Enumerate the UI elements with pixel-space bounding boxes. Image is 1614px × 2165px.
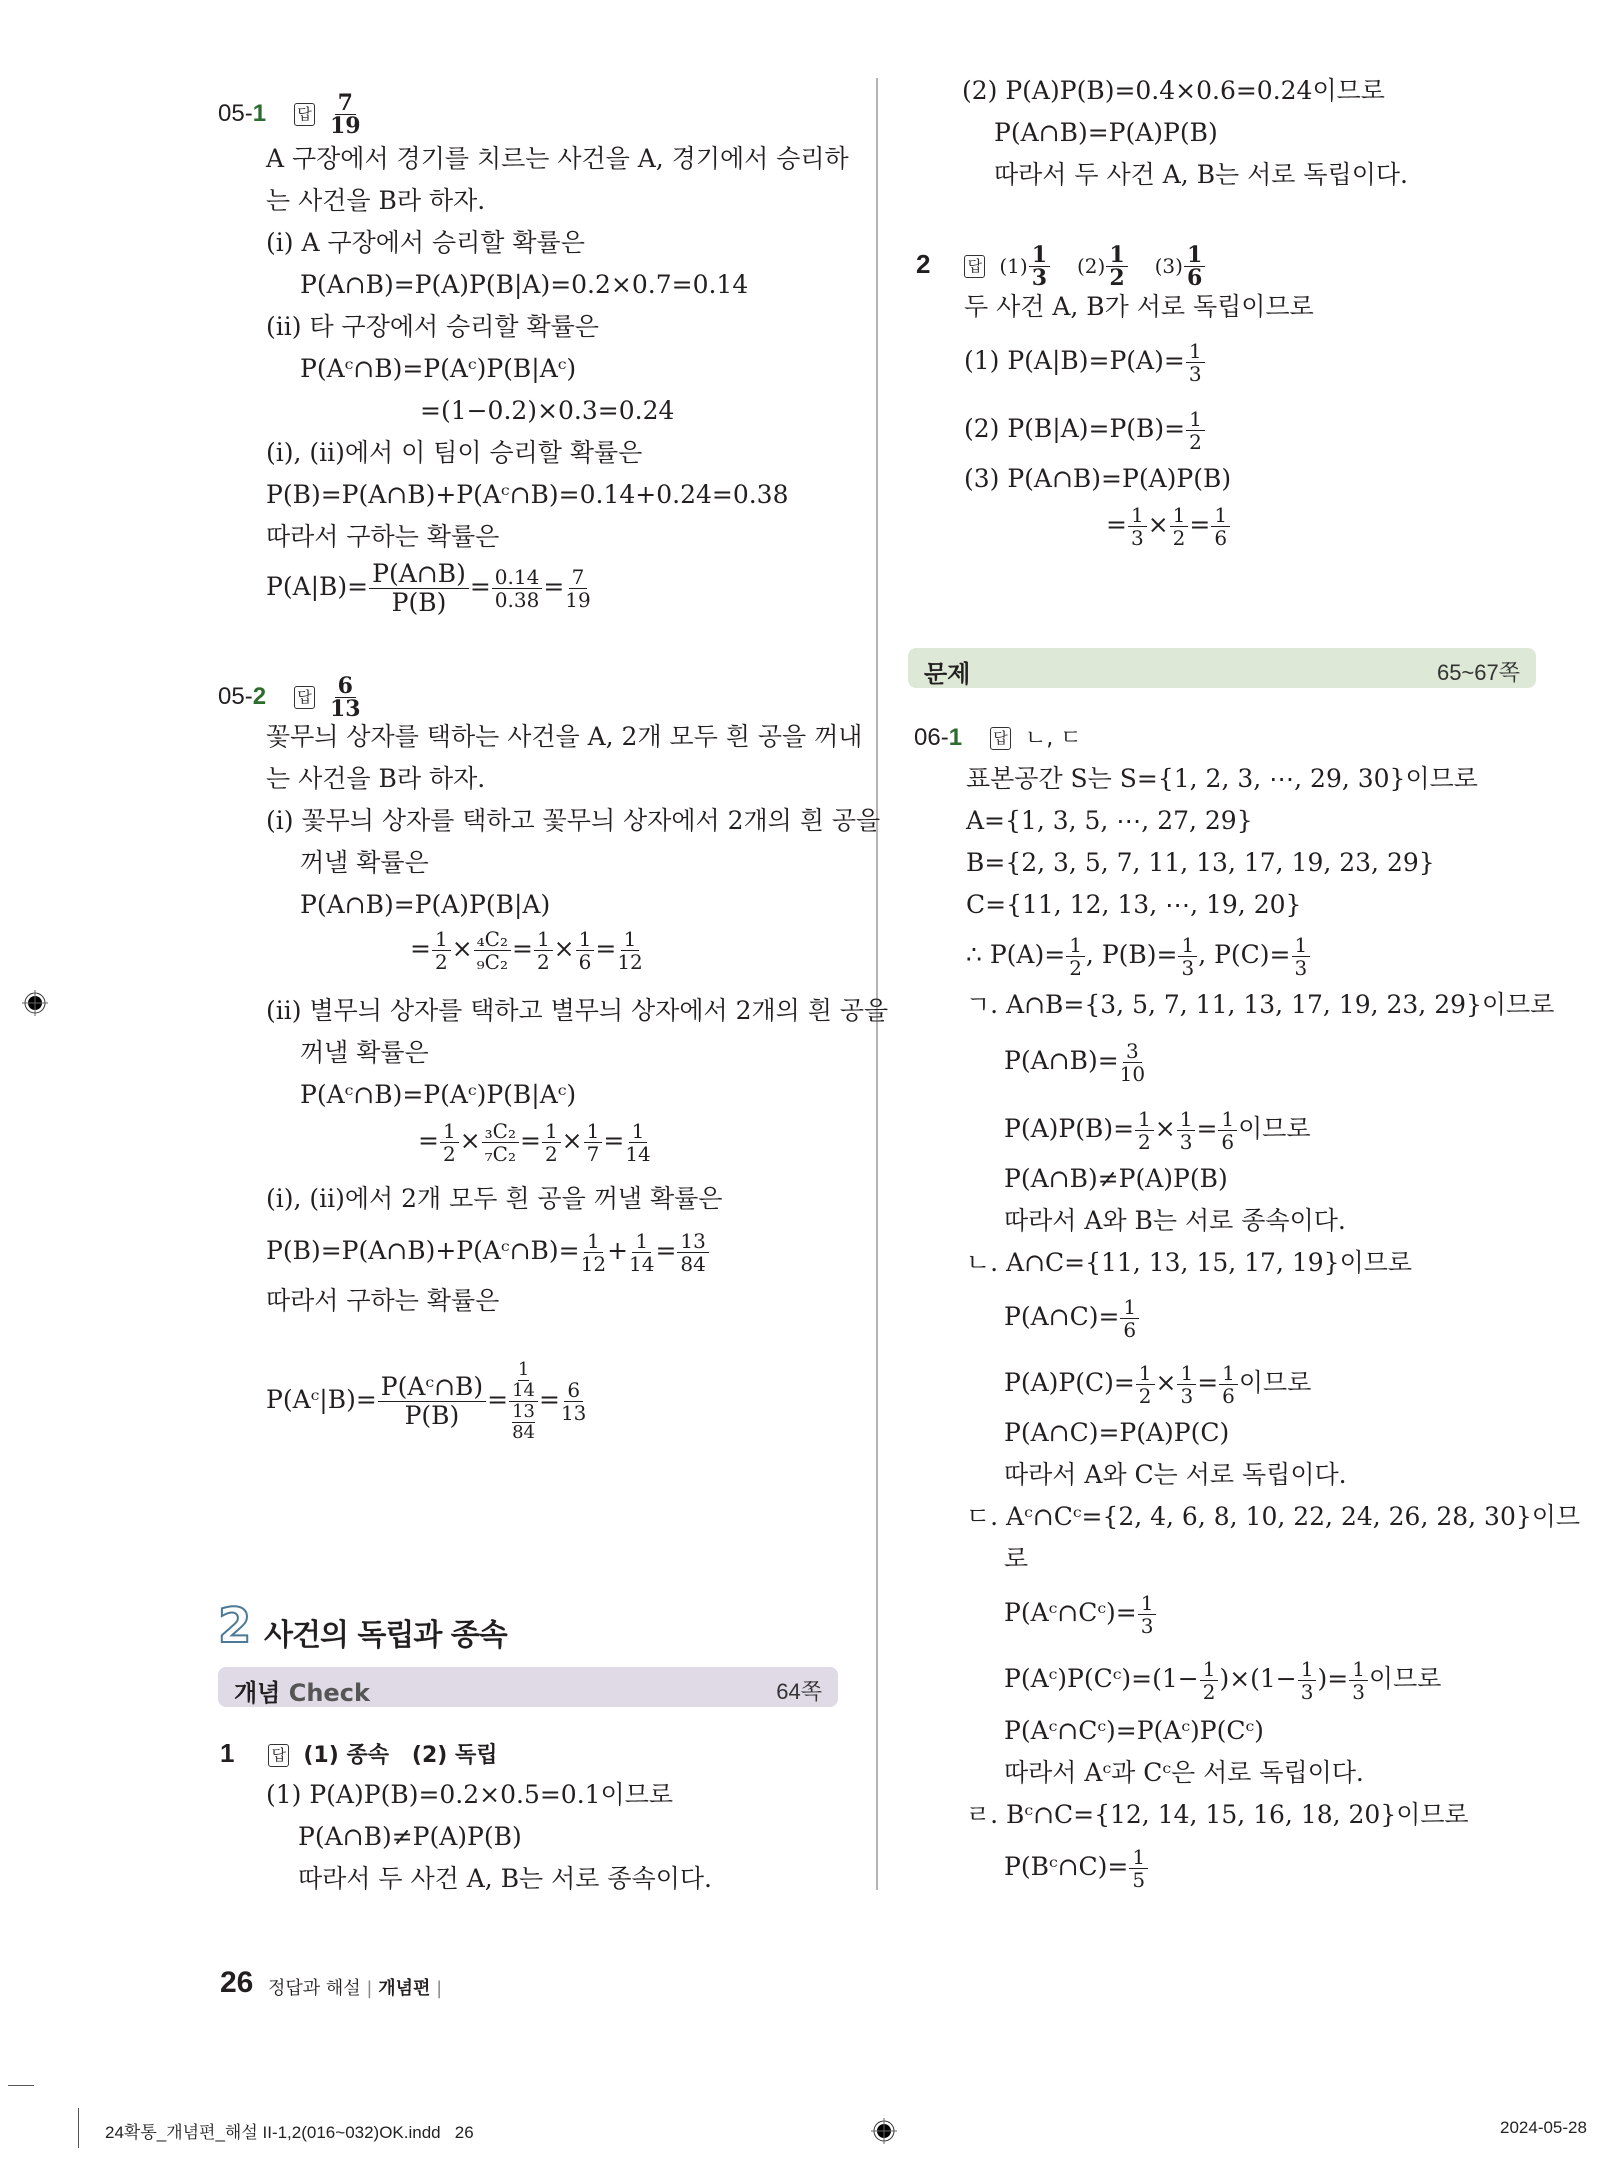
equation: P(Aᶜ∩B)=P(Aᶜ)P(B|Aᶜ) bbox=[300, 354, 576, 384]
problem-section-bar: 문제 65~67쪽 bbox=[908, 648, 1536, 688]
equation: P(Aᶜ∩B)=P(Aᶜ)P(B|Aᶜ) bbox=[300, 1080, 576, 1110]
equation: (3) P(A∩B)=P(A)P(B) bbox=[964, 464, 1231, 494]
page-reference: 65~67쪽 bbox=[1437, 656, 1520, 687]
equation: (2) P(A)P(B)=0.4×0.6=0.24이므로 bbox=[962, 76, 1385, 106]
text-line: 는 사건을 B라 하자. bbox=[266, 764, 485, 794]
equation: P(A∩B)=P(A)P(B) bbox=[994, 118, 1218, 148]
text-line: (ii) 타 구장에서 승리할 확률은 bbox=[266, 312, 599, 342]
equation: (1) P(A)P(B)=0.2×0.5=0.1이므로 bbox=[266, 1780, 673, 1810]
crop-mark bbox=[78, 2108, 79, 2148]
page-number: 26 bbox=[220, 1966, 253, 2000]
answer-fraction: 613 bbox=[330, 675, 361, 720]
equation: P(A∩B)≠P(A)P(B) bbox=[298, 1822, 522, 1852]
answer-badge-icon: 답 bbox=[294, 103, 315, 126]
option-n-head: ㄴ. A∩C={11, 13, 15, 17, 19}이므로 bbox=[966, 1248, 1412, 1278]
equation: P(A)P(C)=12×13=16이므로 bbox=[1004, 1362, 1311, 1407]
equation: (1) P(A|B)=P(A)=13 bbox=[964, 340, 1206, 385]
text-line: (i), (ii)에서 이 팀이 승리할 확률은 bbox=[266, 438, 642, 468]
text-line: (i) 꽃무늬 상자를 택하고 꽃무늬 상자에서 2개의 흰 공을 bbox=[266, 806, 880, 836]
section-title: 사건의 독립과 종속 bbox=[264, 1610, 507, 1654]
option-r-head: ㄹ. Bᶜ∩C={12, 14, 15, 16, 18, 20}이므로 bbox=[966, 1800, 1469, 1830]
problem-06-1-header: 06-1 답 ㄴ, ㄷ bbox=[914, 722, 1081, 754]
crop-mark bbox=[8, 2085, 34, 2086]
answer-badge-icon: 답 bbox=[294, 686, 315, 709]
answer-badge-icon: 답 bbox=[268, 1744, 289, 1767]
text-line: 꺼낼 확률은 bbox=[300, 1038, 429, 1068]
slug-filename: 24확통_개념편_해설 II-1,2(016~032)OK.indd 26 bbox=[105, 2118, 474, 2143]
equation: P(A∩C)=P(A)P(C) bbox=[1004, 1418, 1229, 1448]
text-line: 꺼낼 확률은 bbox=[300, 848, 429, 878]
problem-label: 05-2 bbox=[218, 683, 266, 710]
text-line: 는 사건을 B라 하자. bbox=[266, 186, 485, 216]
registration-mark-icon bbox=[22, 990, 48, 1016]
text-line: A 구장에서 경기를 치르는 사건을 A, 경기에서 승리하 bbox=[266, 144, 849, 174]
concept-check-bar: 개념 Check 64쪽 bbox=[218, 1667, 838, 1707]
footer-title: 정답과 해설 | 개념편 | bbox=[268, 1974, 442, 2000]
slug-date: 2024-05-28 bbox=[1500, 2118, 1587, 2138]
problem-label: 06-1 bbox=[914, 724, 962, 751]
text-line: (i), (ii)에서 2개 모두 흰 공을 꺼낼 확률은 bbox=[266, 1184, 722, 1214]
problem-section-title: 문제 bbox=[924, 654, 970, 689]
option-d-head: ㄷ. Aᶜ∩Cᶜ={2, 4, 6, 8, 10, 22, 24, 26, 28… bbox=[966, 1502, 1580, 1532]
page-reference: 64쪽 bbox=[776, 1675, 822, 1706]
equation: P(A)P(B)=12×13=16이므로 bbox=[1004, 1108, 1311, 1153]
answer-badge-icon: 답 bbox=[964, 255, 985, 278]
text-line: 표본공간 S는 S={1, 2, 3, ⋯, 29, 30}이므로 bbox=[966, 764, 1478, 794]
equation: (2) P(B|A)=P(B)=12 bbox=[964, 408, 1206, 453]
equation: P(A∩B)=P(A)P(B|A)=0.2×0.7=0.14 bbox=[300, 270, 748, 300]
problem-2-header: 2 답 (1)13 (2)12 (3)16 bbox=[916, 244, 1206, 289]
text-line: 따라서 두 사건 A, B는 서로 종속이다. bbox=[298, 1864, 712, 1894]
equation: B={2, 3, 5, 7, 11, 13, 17, 19, 23, 29} bbox=[966, 848, 1435, 878]
equation: =12×₃C₂₇C₂=12×17=114 bbox=[418, 1120, 652, 1165]
text-line: 꽃무늬 상자를 택하는 사건을 A, 2개 모두 흰 공을 꺼내 bbox=[266, 722, 862, 752]
text-line: 따라서 구하는 확률은 bbox=[266, 1286, 499, 1316]
text-line: 따라서 두 사건 A, B는 서로 독립이다. bbox=[994, 160, 1408, 190]
equation: C={11, 12, 13, ⋯, 19, 20} bbox=[966, 890, 1301, 920]
text-line: 따라서 A와 B는 서로 종속이다. bbox=[1004, 1206, 1346, 1236]
text-line: 따라서 구하는 확률은 bbox=[266, 522, 499, 552]
equation: P(Aᶜ)P(Cᶜ)=(1−12)×(1−13)=13이므로 bbox=[1004, 1658, 1441, 1703]
equation: P(A∩B)=P(A)P(B|A) bbox=[300, 890, 550, 920]
problem-1-header: 1 답 (1) 종속 (2) 독립 bbox=[220, 1738, 498, 1771]
section-number: 2 bbox=[218, 1598, 251, 1654]
equation: =(1−0.2)×0.3=0.24 bbox=[420, 396, 674, 426]
problem-label: 05-1 bbox=[218, 100, 266, 127]
text-line: (i) A 구장에서 승리할 확률은 bbox=[266, 228, 585, 258]
equation: A={1, 3, 5, ⋯, 27, 29} bbox=[966, 806, 1253, 836]
equation-final: P(Aᶜ|B)=P(Aᶜ∩B)P(B)=1141384=613 bbox=[266, 1360, 587, 1443]
equation: ∴ P(A)=12, P(B)=13, P(C)=13 bbox=[966, 934, 1311, 979]
equation: P(A∩B)=310 bbox=[1004, 1040, 1146, 1085]
text-line: 로 bbox=[1004, 1544, 1028, 1574]
registration-mark-icon bbox=[871, 2118, 897, 2144]
equation: P(Bᶜ∩C)=15 bbox=[1004, 1846, 1149, 1891]
equation: P(Aᶜ∩Cᶜ)=P(Aᶜ)P(Cᶜ) bbox=[1004, 1716, 1264, 1746]
text-line: 따라서 A와 C는 서로 독립이다. bbox=[1004, 1460, 1347, 1490]
equation: P(B)=P(A∩B)+P(Aᶜ∩B)=0.14+0.24=0.38 bbox=[266, 480, 789, 510]
equation-final: P(A|B)=P(A∩B)P(B)=0.140.38=719 bbox=[266, 560, 592, 617]
equation: =13×12=16 bbox=[1106, 504, 1231, 549]
text-line: 두 사건 A, B가 서로 독립이므로 bbox=[964, 292, 1314, 322]
problem-05-2-header: 05-2 답 613 bbox=[218, 675, 362, 720]
concept-check-title: 개념 Check bbox=[234, 1673, 370, 1708]
equation: =12×₄C₂₉C₂=12×16=112 bbox=[410, 928, 644, 973]
equation: P(A∩C)=16 bbox=[1004, 1296, 1140, 1341]
text-line: (ii) 별무늬 상자를 택하고 별무늬 상자에서 2개의 흰 공을 bbox=[266, 996, 888, 1026]
text-line: 따라서 Aᶜ과 Cᶜ은 서로 독립이다. bbox=[1004, 1758, 1364, 1788]
answer-badge-icon: 답 bbox=[990, 727, 1011, 750]
answer-text: (1) 종속 (2) 독립 bbox=[303, 1743, 497, 1768]
problem-05-1-header: 05-1 답 719 bbox=[218, 92, 362, 137]
equation: P(B)=P(A∩B)+P(Aᶜ∩B)=112+114=1384 bbox=[266, 1230, 710, 1275]
option-g-head: ㄱ. A∩B={3, 5, 7, 11, 13, 17, 19, 23, 29}… bbox=[966, 990, 1554, 1020]
answer-fraction: 719 bbox=[330, 92, 361, 137]
equation: P(A∩B)≠P(A)P(B) bbox=[1004, 1164, 1228, 1194]
column-divider bbox=[876, 78, 878, 1890]
equation: P(Aᶜ∩Cᶜ)=13 bbox=[1004, 1592, 1157, 1637]
answer-text: ㄴ, ㄷ bbox=[1025, 726, 1082, 751]
